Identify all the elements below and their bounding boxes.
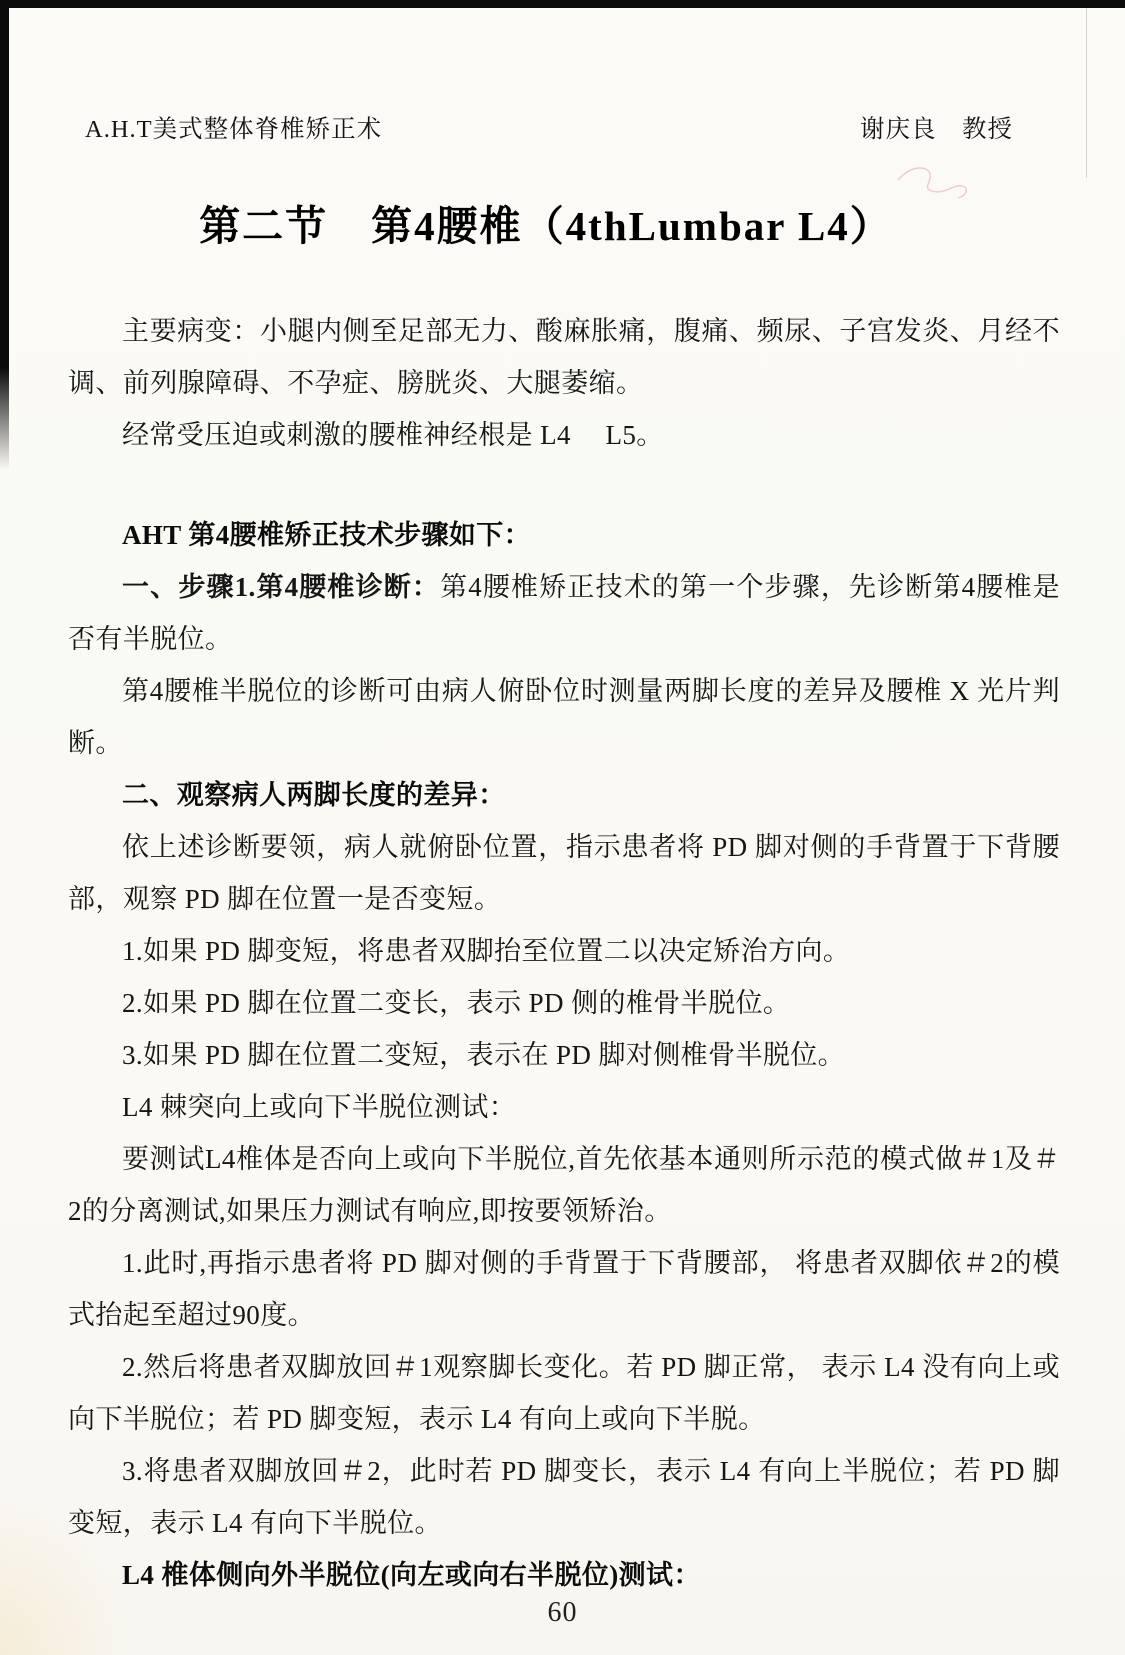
scanned-page: A.H.T美式整体脊椎矫正术 谢庆良 教授 第二节 第4腰椎（4thLumbar…: [0, 0, 1125, 1655]
paragraph-15: 3.将患者双脚放回＃2，此时若 PD 脚变长，表示 L4 有向上半脱位；若 PD…: [68, 1445, 1060, 1549]
running-book-title: A.H.T美式整体脊椎矫正术: [85, 110, 382, 145]
paragraph-11: L4 棘突向上或向下半脱位测试：: [68, 1081, 1060, 1133]
paragraph-5: 第4腰椎半脱位的诊断可由病人俯卧位时测量两脚长度的差异及腰椎 X 光片判断。: [68, 665, 1060, 769]
paragraph-16: L4 椎体侧向外半脱位(向左或向右半脱位)测试：: [68, 1549, 1060, 1601]
paragraph-10: 3.如果 PD 脚在位置二变短，表示在 PD 脚对侧椎骨半脱位。: [68, 1029, 1060, 1081]
paragraph-2: 经常受压迫或刺激的腰椎神经根是 L4 L5。: [68, 409, 1060, 461]
running-author: 谢庆良 教授: [860, 110, 1013, 145]
section-title: 第二节 第4腰椎（4thLumbar L4）: [0, 193, 1092, 252]
paragraph-13: 1.此时,再指示患者将 PD 脚对侧的手背置于下背腰部， 将患者双脚依＃2的模式…: [68, 1237, 1060, 1341]
paragraph-12: 要测试L4椎体是否向上或向下半脱位,首先依基本通则所示范的模式做＃1及＃2的分离…: [68, 1133, 1060, 1237]
paragraph-7: 依上述诊断要领，病人就俯卧位置，指示患者将 PD 脚对侧的手背置于下背腰部，观察…: [68, 821, 1060, 925]
paragraph-4: 一、步骤1.第4腰椎诊断：第4腰椎矫正技术的第一个步骤，先诊断第4腰椎是否有半脱…: [68, 561, 1060, 665]
scan-edge-top: [0, 0, 1125, 8]
paragraph-3: AHT 第4腰椎矫正技术步骤如下：: [68, 509, 1060, 561]
paragraph-4-lead: 一、步骤1.第4腰椎诊断：: [122, 572, 440, 602]
paragraph-14: 2.然后将患者双脚放回＃1观察脚长变化。若 PD 脚正常， 表示 L4 没有向上…: [68, 1341, 1060, 1445]
paragraph-1: 主要病变：小腿内侧至足部无力、酸麻胀痛，腹痛、频尿、子宫发炎、月经不调、前列腺障…: [68, 305, 1060, 409]
content-body: 主要病变：小腿内侧至足部无力、酸麻胀痛，腹痛、频尿、子宫发炎、月经不调、前列腺障…: [68, 305, 1060, 1601]
page-edge-line: [1086, 8, 1087, 178]
paragraph-6: 二、观察病人两脚长度的差异：: [68, 769, 1060, 821]
page-number: 60: [0, 1597, 1125, 1629]
page-header: A.H.T美式整体脊椎矫正术 谢庆良 教授: [85, 110, 1013, 145]
paragraph-9: 2.如果 PD 脚在位置二变长，表示 PD 侧的椎骨半脱位。: [68, 977, 1060, 1029]
paragraph-8: 1.如果 PD 脚变短，将患者双脚抬至位置二以决定矫治方向。: [68, 925, 1060, 977]
